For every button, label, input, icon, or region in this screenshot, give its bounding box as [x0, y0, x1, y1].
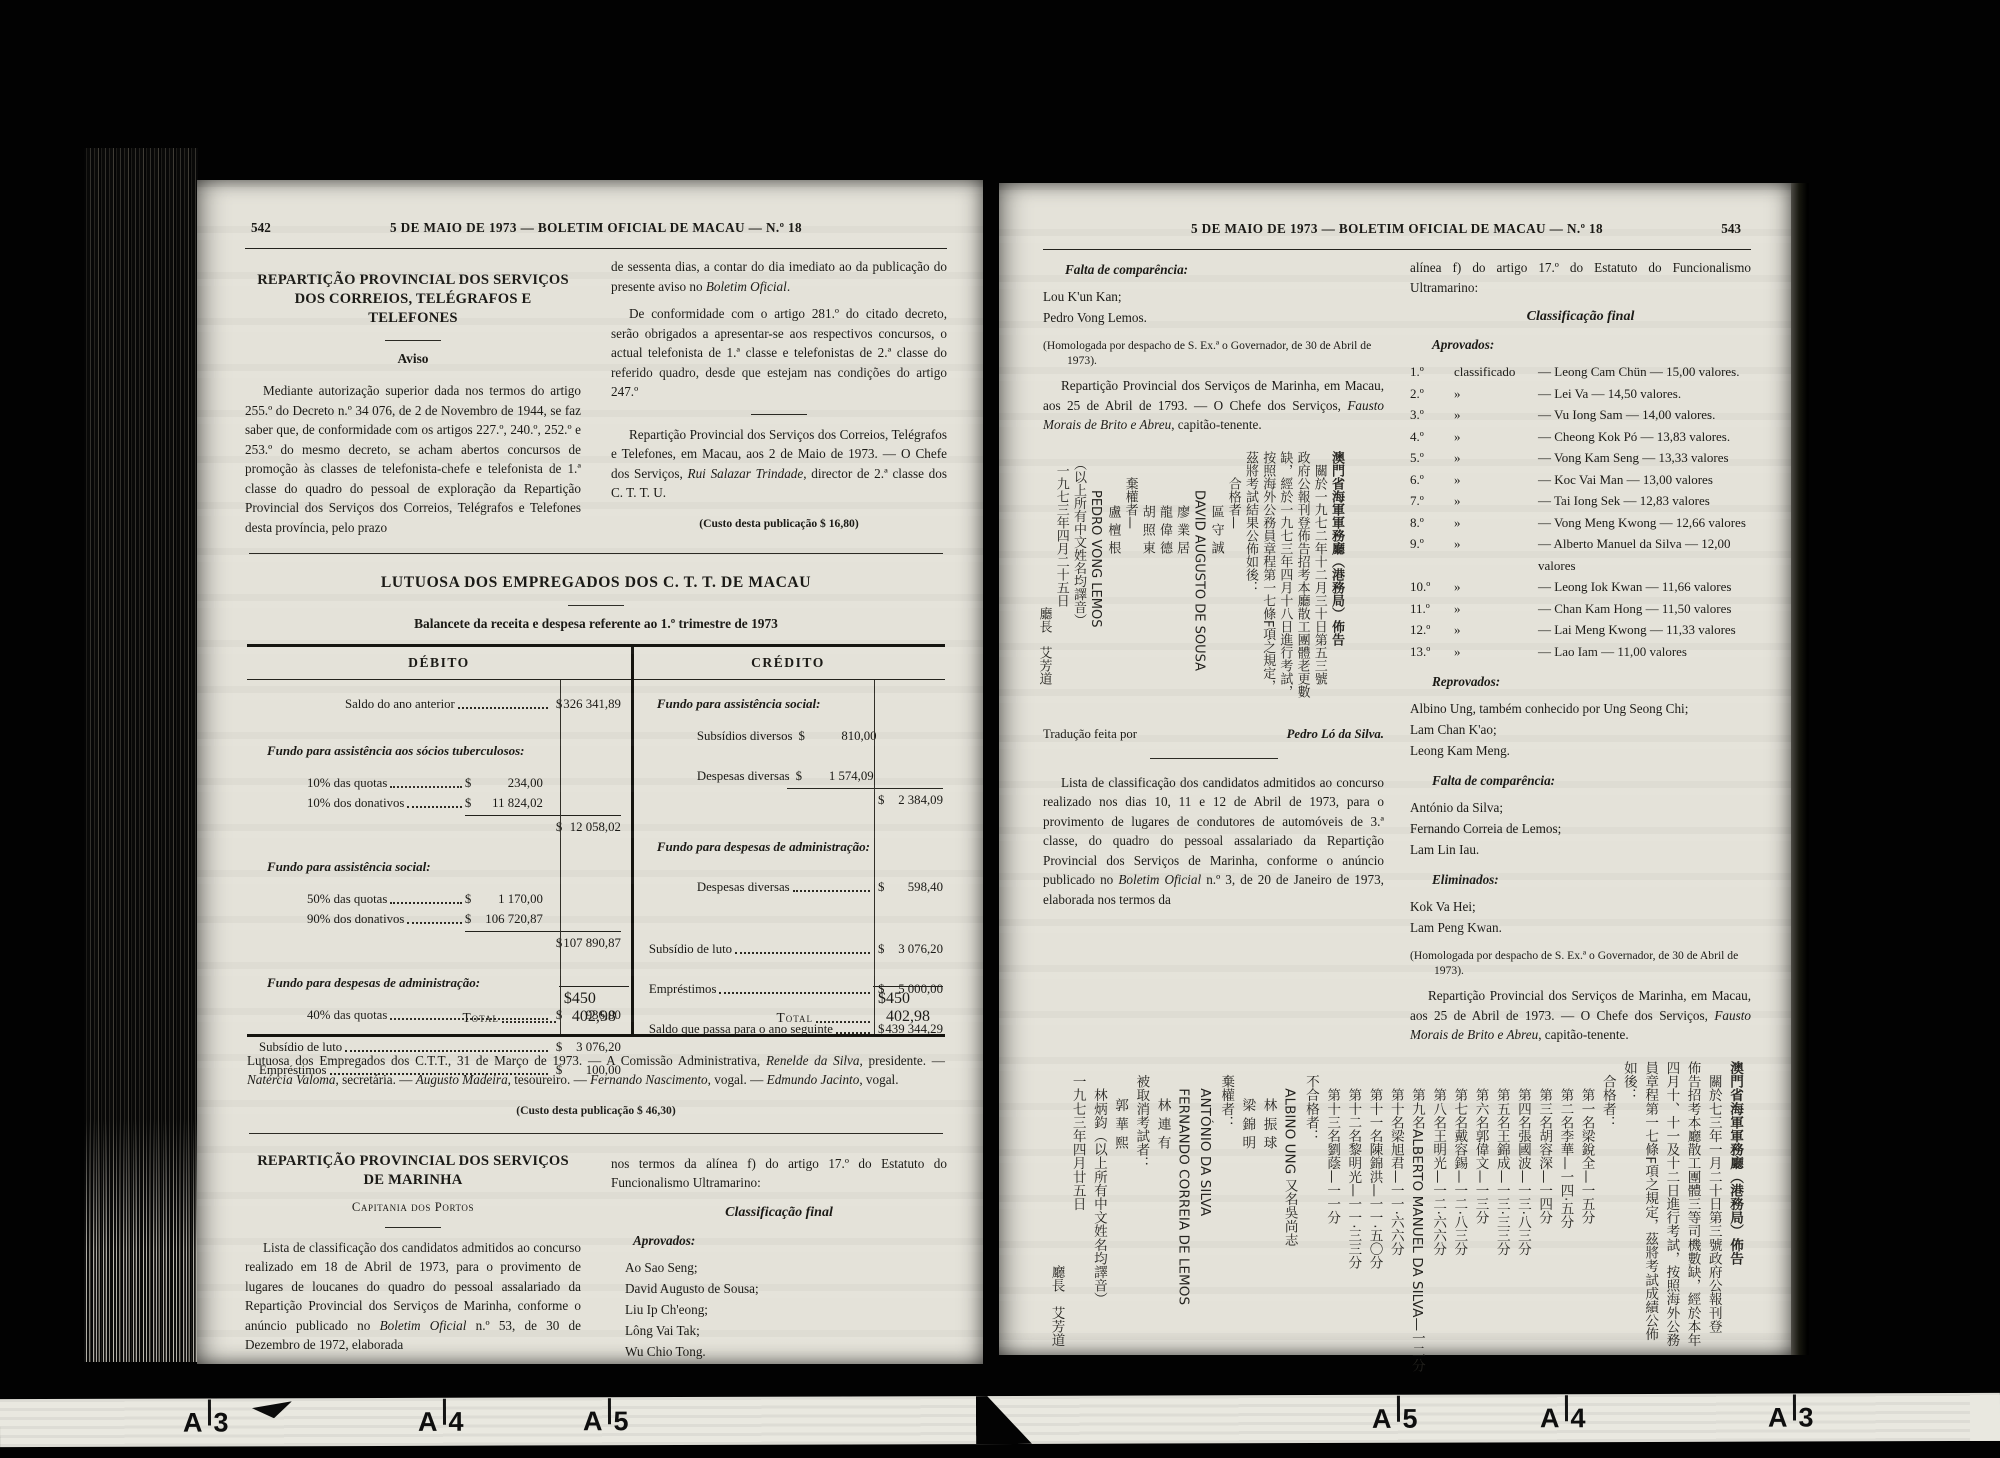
chinese-text-column: 如後： [1618, 1061, 1639, 1415]
film-splice-wedge [976, 1396, 1032, 1444]
approved-name: Wu Chio Tong. [611, 1341, 947, 1362]
text-run: , capitão-tenente. [1538, 1027, 1628, 1042]
chinese-text-column: 棄權者— [1121, 451, 1138, 713]
ditto: » [1448, 619, 1538, 641]
name-line: Lam Chan K'ao; [1410, 719, 1751, 740]
book-spine-page-edges-highlight [84, 1118, 204, 1362]
marker-digit: 3 [213, 1407, 228, 1437]
currency: $ [556, 696, 562, 712]
currency: $ [878, 990, 886, 1026]
closing-paragraph: Repartição Provincial dos Serviços de Ma… [1410, 986, 1751, 1045]
publication-cost: (Custo desta publicação $ 46,30) [245, 1104, 947, 1117]
marker-letter: A [583, 1406, 603, 1436]
text-run-italic: Boletim Oficial [380, 1318, 467, 1333]
amount: $3 076,20 [873, 941, 943, 957]
spacer [258, 831, 462, 832]
text-run: , vogal. [859, 1072, 898, 1087]
aprovados-heading: Aprovados: [1410, 335, 1751, 355]
reprovados-heading: Reprovados: [1410, 672, 1751, 692]
classified-row: 13.º»— Lao Iam — 11,00 valores [1410, 641, 1751, 663]
subtotal-row: $2 384,09 [645, 788, 943, 808]
ctt-paragraph-2: de sessenta dias, a contar do dia imedia… [611, 257, 947, 296]
film-edge-strip: A3 A4 A5 A5 A4 A3 [0, 1393, 2000, 1447]
ditto: » [1448, 576, 1538, 598]
candidate-score: — Cheong Kok Pó — 13,83 valores. [1538, 426, 1751, 448]
chinese-text-column: 第十名梁旭君—一一·六六分 [1385, 1061, 1406, 1415]
ditto: » [1448, 533, 1538, 576]
value: 810,00 [841, 728, 876, 744]
row-label: 10% dos donativos [307, 795, 404, 811]
right-page-right-column: alínea f) do artigo 17.º do Estatuto do … [1410, 258, 1751, 1045]
chinese-text-column: 盧檀根 [1104, 451, 1121, 713]
table-row: Subsídios diversos $810,00 [645, 728, 943, 744]
rank: 4.º [1410, 426, 1448, 448]
publication-cost: (Custo desta publicação $ 16,80) [611, 517, 947, 530]
classified-row: 2.º»— Lei Va — 14,50 valores. [1410, 383, 1751, 405]
chinese-text-column: 四月十、十一及十二日進行考試，按照海外公務 [1660, 1061, 1681, 1415]
value: 1 170,00 [498, 891, 543, 907]
value: 450 402,98 [572, 990, 629, 1026]
film-dust-mark [252, 1401, 292, 1418]
candidate-score: — Leong Iok Kwan — 11,66 valores [1538, 576, 1751, 598]
debit-column: Saldo do ano anterior $326 341,89 Fundo … [247, 680, 631, 1034]
chinese-text-column: 第十一名陳錦洪—一一·五〇分 [1363, 1061, 1384, 1415]
chinese-text-column: ALBINO UNG 又名吳尚志 [1279, 1061, 1300, 1415]
table-row: Empréstimos $100,00 [255, 1062, 621, 1078]
marker-digit: 5 [613, 1406, 628, 1436]
approved-name: David Augusto de Sousa; [611, 1278, 947, 1299]
amount: $1 170,00 [465, 891, 551, 907]
signer-name: Rui Salazar Trindade [688, 466, 804, 481]
page-number: 543 [1721, 221, 1741, 237]
chinese-text-column: （以上所有中文姓名均譯音） [1070, 451, 1087, 713]
row-label: Despesas diversas [697, 768, 790, 784]
classified-row: 10.º»— Leong Iok Kwan — 11,66 valores [1410, 576, 1751, 598]
rank: 13.º [1410, 641, 1448, 663]
table-row: 90% dos donativos $106 720,87 [255, 911, 621, 927]
film-marker: A4 [418, 1405, 464, 1438]
amount: $1 574,09 [796, 768, 882, 784]
rank: 9.º [1410, 533, 1448, 576]
falta-heading: Falta de comparência: [1410, 771, 1751, 791]
value: 11 824,02 [492, 795, 543, 811]
chinese-text-column: 第六名郭偉文—一三分 [1469, 1061, 1490, 1415]
capitania-subtitle: Capitania dos Portos [245, 1200, 581, 1215]
value: 2 384,09 [898, 792, 943, 808]
debit-header: DÉBITO [247, 655, 631, 671]
total-amount: $450 402,98 [873, 986, 943, 1026]
film-strip-highlight [1970, 1395, 2000, 1441]
currency: $ [556, 1062, 562, 1078]
table-row: Despesas diversas $598,40 [645, 879, 943, 895]
amount: $107 890,87 [551, 935, 621, 951]
row-label: Empréstimos [259, 1062, 327, 1078]
row-label: Despesas diversas [697, 879, 790, 895]
table-row: Subsídio de luto $3 076,20 [645, 941, 943, 957]
film-marker: A5 [1372, 1402, 1418, 1435]
classificacao-heading: Classificação final [1410, 309, 1751, 325]
candidate-score: — Vu Iong Sam — 14,00 valores. [1538, 404, 1751, 426]
currency: $ [796, 768, 802, 784]
classified-row: 3.º»— Vu Iong Sam — 14,00 valores. [1410, 404, 1751, 426]
row-label: Subsídio de luto [649, 941, 732, 957]
row-label: 90% dos donativos [307, 911, 404, 927]
amount: $598,40 [873, 879, 943, 895]
closing-paragraph: Repartição Provincial dos Serviços de Ma… [1043, 376, 1384, 435]
chinese-text-column: 茲將考試結果公佈如後： [1242, 451, 1259, 713]
row-label: Subsídios diversos [697, 728, 793, 744]
name-line: Kok Va Hei; [1410, 896, 1751, 917]
candidate-score: — Alberto Manuel da Silva — 12,00 valore… [1538, 533, 1751, 576]
subtotal-row: $107 890,87 [255, 931, 621, 951]
spacer [258, 947, 462, 948]
ctt-right-column: de sessenta dias, a contar do dia imedia… [611, 257, 947, 537]
classified-row: 8.º»— Vong Meng Kwong — 12,66 valores [1410, 512, 1751, 534]
rank: 6.º [1410, 469, 1448, 491]
classified-row: 6.º»— Koc Vai Man — 13,00 valores [1410, 469, 1751, 491]
text-run: . [787, 279, 790, 294]
amount: $810,00 [799, 728, 885, 744]
marker-tick [1792, 1395, 1795, 1421]
film-marker: A4 [1540, 1401, 1586, 1434]
total-row: Total $450 402,98 [255, 986, 629, 1026]
classified-row: 7.º»— Tai Iong Sek — 12,83 valores [1410, 490, 1751, 512]
table-subheading: Fundo para despesas de administração: [645, 839, 943, 855]
balancete-subtitle: Balancete da receita e despesa referente… [245, 616, 947, 632]
value: 450 402,98 [886, 990, 943, 1026]
name-line: António da Silva; [1410, 797, 1751, 818]
dot-leader [330, 1072, 548, 1075]
marker-tick [1396, 1396, 1399, 1422]
translator-name: Pedro Ló da Silva. [1287, 727, 1384, 742]
chinese-text-column: 梁錦明 [1236, 1061, 1257, 1415]
right-page-scan: 5 DE MAIO DE 1973 — BOLETIM OFICIAL DE M… [999, 183, 1791, 1355]
chinese-text-column: 合格者： [1597, 1061, 1618, 1415]
section-divider [249, 553, 943, 554]
text-run: , capitão-tenente. [1171, 417, 1261, 432]
subtotal-rule: $12 058,02 [465, 815, 621, 835]
chinese-text-column: 第三名胡容深—一四分 [1533, 1061, 1554, 1415]
marinha-title: REPARTIÇÃO PROVINCIAL DOS SERVIÇOS DE MA… [255, 1152, 571, 1190]
text-run: , presidente. — [860, 1053, 946, 1068]
currency: $ [556, 935, 562, 951]
name-line: Lou K'un Kan; [1043, 286, 1384, 307]
homologada-note: (Homologada por despacho de S. Ex.ª o Go… [1043, 338, 1384, 368]
row-label: Subsídio de luto [259, 1039, 342, 1055]
alinea-paragraph: alínea f) do artigo 17.º do Estatuto do … [1410, 258, 1751, 297]
row-label: 10% das quotas [307, 775, 387, 791]
running-header: 542 5 DE MAIO DE 1973 — BOLETIM OFICIAL … [245, 220, 947, 249]
classified-row: 12.º»— Lai Meng Kwong — 11,33 valores [1410, 619, 1751, 641]
marker-letter: A [1768, 1403, 1788, 1433]
credit-column: Fundo para assistência social: Subsídios… [631, 680, 945, 1034]
ctt-paragraph-3: De conformidade com o artigo 281.º do ci… [611, 304, 947, 402]
chinese-text-column: 員章程第一七條F項之規定，茲將考試成績公佈 [1639, 1061, 1660, 1415]
total-label: Total [462, 1010, 498, 1026]
rank: 3.º [1410, 404, 1448, 426]
divider [385, 1227, 441, 1228]
rank: 5.º [1410, 447, 1448, 469]
row-label: 50% das quotas [307, 891, 387, 907]
ditto: » [1448, 598, 1538, 620]
chinese-text-column: 合格者— [1225, 451, 1242, 713]
marker-tick [607, 1398, 610, 1424]
name-line: Lam Peng Kwan. [1410, 917, 1751, 938]
amount: $3 076,20 [551, 1039, 621, 1055]
marinha-right-column: nos termos da alínea f) do artigo 17.º d… [611, 1148, 947, 1362]
chinese-text-column: 區守誠 [1207, 451, 1224, 713]
chinese-text-column: 第十三名劉蔭—一一分 [1321, 1061, 1342, 1415]
chinese-text-column: 廳長 艾芳道 [1035, 451, 1052, 713]
chinese-text-column: 第八名王明光—一二·六六分 [1427, 1061, 1448, 1415]
chinese-text-column: PEDRO VONG LEMOS [1087, 451, 1104, 713]
dot-leader [836, 1031, 870, 1034]
candidate-score: — Vong Meng Kwong — 12,66 valores [1538, 512, 1751, 534]
chinese-text-column: 一九七三年四月廿五日 [1067, 1061, 1088, 1415]
rank: 1.º [1410, 361, 1448, 383]
chinese-text-column: 政府公報刊登佈告招考本廳散工團體老更數 [1293, 451, 1310, 713]
chinese-text-column: 第五名王錦成—一三·三三分 [1491, 1061, 1512, 1415]
marker-tick [442, 1399, 445, 1425]
ctt-section-title: REPARTIÇÃO PROVINCIAL DOS SERVIÇOS DOS C… [255, 271, 571, 328]
right-page-columns: Falta de comparência: Lou K'un Kan; Pedr… [1043, 258, 1751, 1045]
dot-leader [407, 921, 461, 924]
marker-tick [1564, 1395, 1567, 1421]
microfilm-frame: { "film": { "markers": [ {"letter":"A","… [0, 0, 2000, 1458]
row-label: Saldo do ano anterior [345, 696, 455, 712]
dot-leader [735, 951, 870, 954]
text-run-italic: Boletim Oficial [1118, 872, 1201, 887]
chinese-text-column: 第七名戴容錫—一二·八三分 [1448, 1061, 1469, 1415]
text-run: Lista de classificação dos candidatos ad… [1043, 775, 1384, 888]
chinese-text-column: 胡照東 [1139, 451, 1156, 713]
film-marker: A3 [1768, 1400, 1814, 1433]
marker-letter: A [1372, 1404, 1392, 1434]
text-run-italic: Boletim Oficial [706, 279, 787, 294]
chinese-text-column: 郭華熙 [1109, 1061, 1130, 1415]
chinese-text-column: 不合格者： [1300, 1061, 1321, 1415]
ditto: » [1448, 490, 1538, 512]
chinese-text-column: 關於七三年一月二十日第三號政府公報刊登 [1703, 1061, 1724, 1415]
amount: $11 824,02 [465, 795, 551, 811]
ditto: » [1448, 512, 1538, 534]
marker-letter: A [183, 1408, 203, 1438]
rank: 10.º [1410, 576, 1448, 598]
approved-name: Liu Ip Ch'eong; [611, 1299, 947, 1320]
chinese-text-column: ANTÓNIO DA SILVA [1194, 1061, 1215, 1415]
subtotal-row: $12 058,02 [255, 815, 621, 835]
chinese-notice-vertical-text: 澳門省海軍軍務廳（港務局）佈告 關於一九七二年十二月三十日第五三號 政府公報刊登… [1035, 451, 1345, 713]
total-amount: $450 402,98 [559, 986, 629, 1026]
currency: $ [465, 795, 471, 811]
chinese-text-column: 林炳鈞（以上所有中文姓名均譯音） [1088, 1061, 1109, 1415]
currency: $ [465, 891, 471, 907]
ctt-left-column: REPARTIÇÃO PROVINCIAL DOS SERVIÇOS DOS C… [245, 257, 581, 537]
homologada-note: (Homologada por despacho de S. Ex.ª o Go… [1410, 948, 1751, 978]
chinese-text-column: 關於一九七二年十二月三十日第五三號 [1311, 451, 1328, 713]
chinese-text-column: DAVID AUGUSTO DE SOUSA [1190, 451, 1207, 713]
text-run: , vogal. — [708, 1072, 767, 1087]
currency: $ [556, 1039, 562, 1055]
credit-header: CRÉDITO [631, 655, 945, 671]
marinha-left-column: REPARTIÇÃO PROVINCIAL DOS SERVIÇOS DE MA… [245, 1148, 581, 1362]
dot-leader [390, 785, 462, 788]
marker-tick [207, 1399, 210, 1425]
rank: 11.º [1410, 598, 1448, 620]
chinese-text-column: 佈告招考本廳散工團體三等司機數缺，經於本年 [1681, 1061, 1702, 1415]
chinese-text-column: 第二名李華—一四·五分 [1554, 1061, 1575, 1415]
lista-paragraph: Lista de classificação dos candidatos ad… [1043, 773, 1384, 910]
chinese-text-column: 一九七三年四月二十五日 [1053, 451, 1070, 713]
right-page-left-column: Falta de comparência: Lou K'un Kan; Pedr… [1043, 258, 1384, 1045]
table-row: Despesas diversas $1 574,09 [645, 768, 943, 784]
total-label: Total [777, 1010, 813, 1026]
value: 3 076,20 [898, 941, 943, 957]
currency: $ [878, 879, 884, 895]
candidate-score: — Koc Vai Man — 13,00 valores [1538, 469, 1751, 491]
table-row: 50% das quotas $1 170,00 [255, 891, 621, 907]
table-subheading: Fundo para assistência social: [645, 696, 943, 712]
value: 12 058,02 [570, 819, 621, 835]
left-page-scan: 542 5 DE MAIO DE 1973 — BOLETIM OFICIAL … [197, 180, 983, 1364]
currency: $ [465, 775, 471, 791]
classified-row: 4.º»— Cheong Kok Pó — 13,83 valores. [1410, 426, 1751, 448]
candidate-score: — Lao Iam — 11,00 valores [1538, 641, 1751, 663]
dot-leader [502, 1020, 556, 1023]
section-divider [249, 1133, 943, 1134]
value: 598,40 [908, 879, 943, 895]
candidate-score: — Leong Cam Chün — 15,00 valores. [1538, 361, 1751, 383]
classified-row: 5.º»— Vong Kam Seng — 13,33 valores [1410, 447, 1751, 469]
amount: $12 058,02 [551, 819, 621, 835]
eliminados-heading: Eliminados: [1410, 870, 1751, 890]
value: 234,00 [508, 775, 543, 791]
text-run: Repartição Provincial dos Serviços de Ma… [1043, 378, 1384, 413]
chinese-text-column: 澳門省海軍軍務廳（港務局）佈告 [1724, 1061, 1745, 1415]
marinha-paragraph: Lista de classificação dos candidatos ad… [245, 1238, 581, 1355]
currency: $ [799, 728, 805, 744]
aprovados-heading: Aprovados: [611, 1231, 947, 1251]
marker-digit: 4 [1570, 1403, 1585, 1433]
name-line: Lam Lin Iau. [1410, 839, 1751, 860]
value: 3 076,20 [576, 1039, 621, 1055]
page-right-edge-shadow [1791, 183, 1809, 1355]
marker-letter: A [418, 1407, 438, 1437]
table-row: 10% dos donativos $11 824,02 [255, 795, 621, 811]
divider [568, 605, 624, 606]
amount: $100,00 [551, 1062, 621, 1078]
signer-name: Edmundo Jacinto [767, 1072, 860, 1087]
chinese-text-column: 按照海外公務員章程第一七條F項之規定， [1259, 451, 1276, 713]
dot-leader [816, 1020, 870, 1023]
currency: $ [556, 819, 562, 835]
text-run: Repartição Provincial dos Serviços de Ma… [1410, 988, 1751, 1023]
candidate-score: — Lei Va — 14,50 valores. [1538, 383, 1751, 405]
ditto: » [1448, 383, 1538, 405]
dot-leader [458, 706, 548, 709]
marker-digit: 5 [1402, 1404, 1417, 1434]
candidate-score: — Chan Kam Hong — 11,50 valores [1538, 598, 1751, 620]
classified-row: 1.ºclassificado— Leong Cam Chün — 15,00 … [1410, 361, 1751, 383]
currency: $ [564, 990, 572, 1026]
rank: 8.º [1410, 512, 1448, 534]
chinese-text-column: 第四名張國波—一三·八三分 [1512, 1061, 1533, 1415]
dot-leader [345, 1049, 548, 1052]
ditto: » [1448, 641, 1538, 663]
estatuto-paragraph: nos termos da alínea f) do artigo 17.º d… [611, 1154, 947, 1193]
aviso-heading: Aviso [245, 351, 581, 367]
name-line: Albino Ung, também conhecido por Ung Seo… [1410, 698, 1751, 719]
dot-leader [390, 901, 462, 904]
classified-row: 11.º»— Chan Kam Hong — 11,50 valores [1410, 598, 1751, 620]
translation-label: Tradução feita por [1043, 727, 1137, 742]
amount: $106 720,87 [465, 911, 551, 927]
chinese-text-column: 澳門省海軍軍務廳（港務局）佈告 [1328, 451, 1345, 713]
chinese-text-column: 龍偉德 [1156, 451, 1173, 713]
name-line: Leong Kam Meng. [1410, 740, 1751, 761]
running-header-text: 5 DE MAIO DE 1973 — BOLETIM OFICIAL DE M… [245, 220, 947, 236]
name-line: Pedro Vong Lemos. [1043, 307, 1384, 328]
table-row: 10% das quotas $234,00 [255, 775, 621, 791]
chinese-text-column: 第九名ALBERTO MANUEL DA SILVA—一二分 [1406, 1061, 1427, 1415]
candidate-score: — Lai Meng Kwong — 11,33 valores [1538, 619, 1751, 641]
marinha-columns: REPARTIÇÃO PROVINCIAL DOS SERVIÇOS DE MA… [245, 1148, 947, 1362]
ditto: classificado [1448, 361, 1538, 383]
chinese-text-column: 林振球 [1257, 1061, 1278, 1415]
candidate-score: — Tai Iong Sek — 12,83 valores [1538, 490, 1751, 512]
running-header-text: 5 DE MAIO DE 1973 — BOLETIM OFICIAL DE M… [1043, 221, 1751, 237]
ctt-notice-columns: REPARTIÇÃO PROVINCIAL DOS SERVIÇOS DOS C… [245, 257, 947, 537]
film-marker: A5 [583, 1404, 629, 1437]
amount: $234,00 [465, 775, 551, 791]
value: 326 341,89 [563, 696, 621, 712]
marker-letter: A [1540, 1403, 1560, 1433]
subtotal-rule: $2 384,09 [787, 788, 943, 808]
signer-name: Renelde da Silva [766, 1053, 860, 1068]
table-row: Saldo do ano anterior $326 341,89 [255, 696, 621, 712]
candidate-score: — Vong Kam Seng — 13,33 valores [1538, 447, 1751, 469]
ctt-paragraph-1: Mediante autorização superior dada nos t… [245, 381, 581, 537]
approved-name: Lông Vai Tak; [611, 1320, 947, 1341]
marker-digit: 3 [1798, 1402, 1813, 1432]
rank: 12.º [1410, 619, 1448, 641]
currency: $ [465, 911, 471, 927]
running-header: 5 DE MAIO DE 1973 — BOLETIM OFICIAL DE M… [1043, 221, 1751, 250]
ditto: » [1448, 447, 1538, 469]
ditto: » [1448, 426, 1538, 448]
total-row: Total $450 402,98 [645, 986, 943, 1026]
balance-table-body: Saldo do ano anterior $326 341,89 Fundo … [247, 680, 945, 1034]
chinese-text-column: 第一名梁銳全—一五分 [1575, 1061, 1596, 1415]
divider [385, 340, 441, 341]
classificacao-heading: Classificação final [611, 1205, 947, 1221]
film-marker: A3 [183, 1405, 229, 1438]
subtotal-rule: $107 890,87 [465, 931, 621, 951]
divider [1150, 758, 1278, 759]
table-subheading: Fundo para assistência social: [255, 859, 621, 875]
approved-name: Ao Sao Seng; [611, 1257, 947, 1278]
name-line: Fernando Correia de Lemos; [1410, 818, 1751, 839]
chinese-text-column: 廖業居 [1173, 451, 1190, 713]
balance-table-header: DÉBITO CRÉDITO [247, 647, 945, 680]
dot-leader [793, 889, 870, 892]
chinese-text-column: 林連有 [1151, 1061, 1172, 1415]
spacer [648, 804, 784, 805]
amount: $326 341,89 [551, 696, 621, 712]
translation-credit: Tradução feita por Pedro Ló da Silva. [1043, 727, 1384, 742]
balance-table: DÉBITO CRÉDITO Saldo do ano anterior $32… [247, 644, 945, 1037]
value: 106 720,87 [485, 911, 543, 927]
